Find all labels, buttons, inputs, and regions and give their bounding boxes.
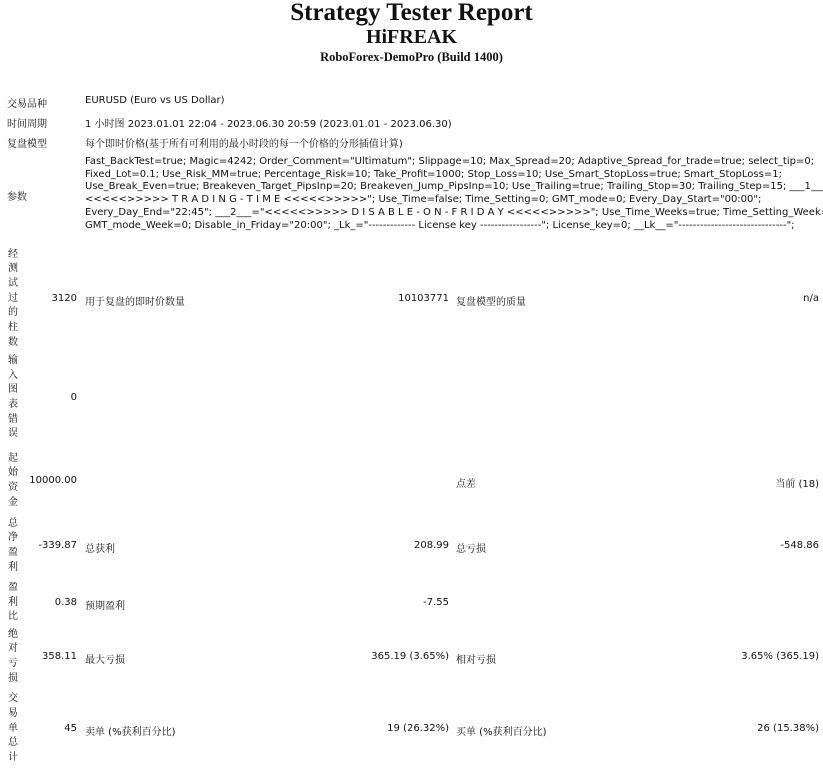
stats-row: 经测试过的柱数3120用于复盘的即时价数量10103771复盘模型的质量n/a [0, 248, 823, 350]
stats-label: 输入图表错误 [7, 354, 19, 442]
stats-col3-value: 26 (15.38%) [600, 723, 819, 734]
stats-col2-label: 用于复盘的即时价数量 [85, 293, 185, 308]
info-value: 每个即时价格(基于所有可利用的最小时段的每一个价格的分形插值计算) [85, 135, 403, 150]
stats-row: 绝对亏损358.11最大亏损365.19 (3.65%)相对亏损3.65% (3… [0, 628, 823, 686]
stats-col3-value: -548.86 [600, 540, 819, 551]
server-build: RoboForex-DemoPro (Build 1400) [0, 48, 823, 66]
param-line: Every_Day_End="22:45"; ___2___="<<<<<>>>… [85, 207, 821, 220]
stats-col3-label: 总亏损 [456, 540, 486, 555]
stats-row: 输入图表错误0 [0, 352, 823, 444]
stats-col2-value: -7.55 [250, 597, 449, 608]
stats-label: 总净盈利 [7, 517, 19, 576]
stats-col2-value: 208.99 [250, 540, 449, 551]
stats-col2-label: 最大亏损 [85, 651, 125, 666]
stats-col2-label: 预期盈利 [85, 597, 125, 612]
param-line: GMT_mode_Week=0; Disable_in_Friday="20:0… [85, 220, 821, 233]
param-line: Use_Break_Even=true; Breakeven_Target_Pi… [85, 181, 821, 194]
stats-col2-value: 10103771 [250, 293, 449, 304]
stats-col2-value: 19 (26.32%) [250, 723, 449, 734]
parameters-text: Fast_BackTest=true; Magic=4242; Order_Co… [85, 156, 821, 232]
stats-label: 经测试过的柱数 [7, 248, 19, 351]
report-title: Strategy Tester Report [0, 0, 823, 26]
stats-row: 总净盈利-339.87总获利208.99总亏损-548.86 [0, 517, 823, 575]
stats-value: 0 [20, 392, 77, 403]
stats-col3-value: 当前 (18) [600, 475, 819, 490]
param-line: Fixed_Lot=0.1; Use_Risk_MM=true; Percent… [85, 169, 821, 182]
info-value: 1 小时图 2023.01.01 22:04 - 2023.06.30 20:5… [85, 115, 452, 130]
stats-col3-value: n/a [600, 293, 819, 304]
stats-label: 盈利比 [7, 581, 19, 625]
expert-advisor-name: HiFREAK [0, 26, 823, 48]
stats-col3-value: 3.65% (365.19) [600, 651, 819, 662]
stats-col3-label: 相对亏损 [456, 651, 496, 666]
stats-value: 0.38 [20, 597, 77, 608]
stats-col2-label: 总获利 [85, 540, 115, 555]
stats-label: 起始资金 [7, 452, 19, 511]
info-label: 交易品种 [7, 95, 47, 110]
param-line: <<<<<>>>>> T R A D I N G - T I M E <<<<<… [85, 194, 821, 207]
stats-row: 交易单总计45卖单 (%获利百分比)19 (26.32%)买单 (%获利百分比)… [0, 688, 823, 770]
stats-col2-value: 365.19 (3.65%) [250, 651, 449, 662]
param-line: Fast_BackTest=true; Magic=4242; Order_Co… [85, 156, 821, 169]
stats-col3-label: 买单 (%获利百分比) [456, 723, 546, 738]
parameters-label: 参数 [7, 188, 27, 203]
stats-label: 交易单总计 [7, 692, 19, 766]
info-label: 复盘模型 [7, 135, 47, 150]
stats-value: 10000.00 [20, 475, 77, 486]
stats-value: 3120 [20, 293, 77, 304]
stats-value: 45 [20, 723, 77, 734]
stats-row: 盈利比0.38预期盈利-7.55 [0, 580, 823, 626]
stats-col3-label: 复盘模型的质量 [456, 293, 526, 308]
stats-col3-label: 点差 [456, 475, 476, 490]
stats-value: -339.87 [20, 540, 77, 551]
stats-row: 起始资金10000.00点差当前 (18) [0, 448, 823, 514]
info-value: EURUSD (Euro vs US Dollar) [85, 95, 225, 106]
info-label: 时间周期 [7, 115, 47, 130]
stats-value: 358.11 [20, 651, 77, 662]
stats-col2-label: 卖单 (%获利百分比) [85, 723, 175, 738]
stats-label: 绝对亏损 [7, 628, 19, 687]
